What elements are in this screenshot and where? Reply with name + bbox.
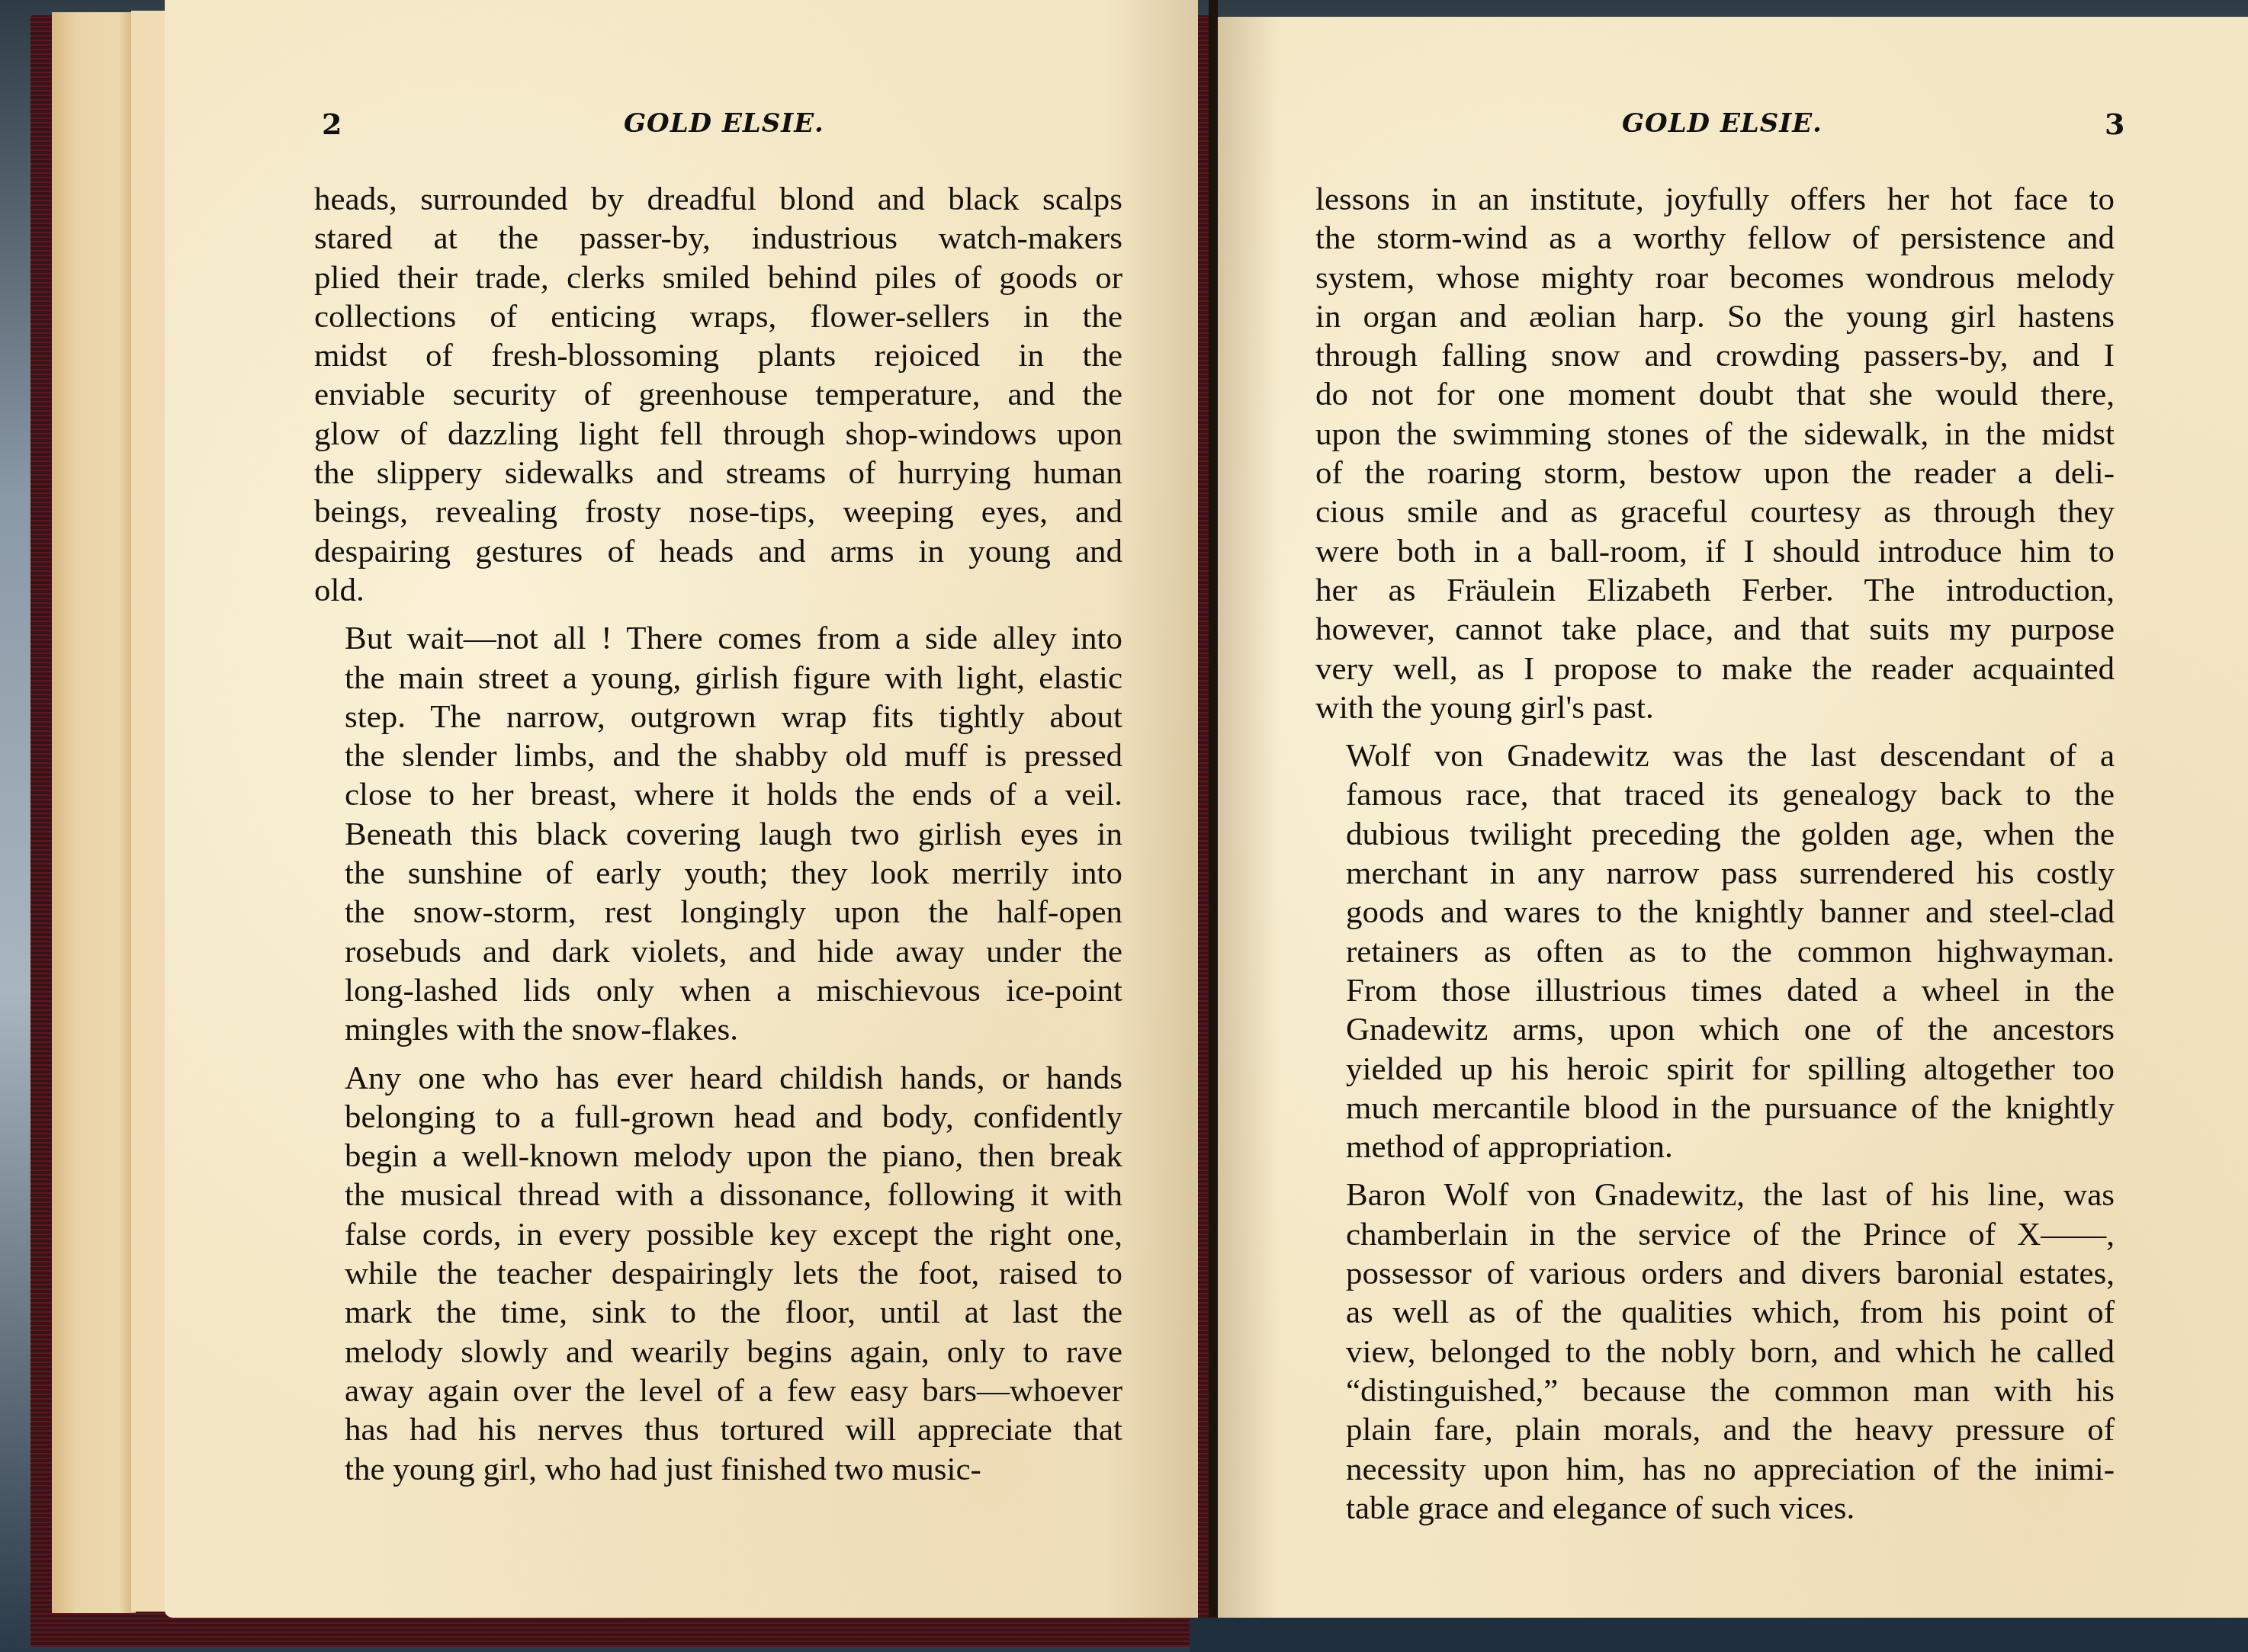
text-line: cious smile and as graceful courtesy as … xyxy=(1315,492,2115,531)
text-line: as well as of the qualities which, from … xyxy=(1315,1293,2115,1332)
text-line: through falling snow and crowding passer… xyxy=(1315,336,2115,375)
text-line: rosebuds and dark violets, and hide away… xyxy=(314,932,1122,971)
text-line: chamberlain in the service of the Prince… xyxy=(1315,1215,2115,1254)
right-page: GOLD ELSIE. 3 lessons in an institute, j… xyxy=(1218,17,2248,1618)
text-line: lessons in an institute, joyfully offers… xyxy=(1315,180,2115,219)
text-line: close to her breast, where it holds the … xyxy=(314,775,1122,814)
text-line: From those illustrious times dated a whe… xyxy=(1315,971,2115,1010)
text-line: with the young girl's past. xyxy=(1315,688,2115,727)
text-line: Baron Wolf von Gnadewitz, the last of hi… xyxy=(1315,1176,2115,1214)
text-line: system, whose mighty roar becomes wondro… xyxy=(1315,258,2115,297)
text-line: upon the swimming stones of the sidewalk… xyxy=(1315,415,2115,454)
paragraph: Wolf von Gnadewitz was the last descenda… xyxy=(1315,736,2115,1166)
text-line: beings, revealing frosty nose-tips, weep… xyxy=(314,492,1122,531)
text-line: her as Fräulein Elizabeth Ferber. The in… xyxy=(1315,571,2115,610)
text-line: very well, as I propose to make the read… xyxy=(1315,650,2115,688)
page-number: 2 xyxy=(322,107,342,141)
text-line: retainers as often as to the common high… xyxy=(1315,932,2115,971)
text-line: the storm-wind as a worthy fellow of per… xyxy=(1315,219,2115,258)
text-line: famous race, that traced its genealogy b… xyxy=(1315,775,2115,814)
text-line: Any one who has ever heard childish hand… xyxy=(314,1059,1122,1098)
text-line: false cords, in every possible key excep… xyxy=(314,1215,1122,1254)
text-line: in organ and æolian harp. So the young g… xyxy=(1315,297,2115,336)
running-title: GOLD ELSIE. xyxy=(1622,108,1822,139)
text-line: the slender limbs, and the shabby old mu… xyxy=(314,736,1122,775)
page-edge xyxy=(142,11,153,1612)
paragraph: But wait—not all ! There comes from a si… xyxy=(314,619,1122,1049)
text-line: the musical thread with a dissonance, fo… xyxy=(314,1176,1122,1214)
paragraph: heads, surrounded by dreadful blond and … xyxy=(314,180,1122,610)
text-line: heads, surrounded by dreadful blond and … xyxy=(314,180,1122,219)
text-line: has had his nerves thus tortured will ap… xyxy=(314,1410,1122,1449)
text-line: method of appropriation. xyxy=(1315,1128,2115,1166)
page-edge xyxy=(131,11,143,1612)
text-line: stared at the passer-by, industrious wat… xyxy=(314,219,1122,258)
text-line: much mercantile blood in the pursuance o… xyxy=(1315,1089,2115,1128)
text-line: the main street a young, girlish figure … xyxy=(314,659,1122,698)
paragraph: Any one who has ever heard childish hand… xyxy=(314,1059,1122,1489)
right-page-body: lessons in an institute, joyfully offers… xyxy=(1315,180,2115,1528)
gutter xyxy=(1209,0,1218,1618)
text-line: yielded up his heroic spirit for spillin… xyxy=(1315,1050,2115,1089)
text-line: enviable security of greenhouse temperat… xyxy=(314,375,1122,414)
paragraph: lessons in an institute, joyfully offers… xyxy=(1315,180,2115,727)
page-number: 3 xyxy=(2105,107,2124,141)
text-line: table grace and elegance of such vices. xyxy=(1315,1489,2115,1528)
text-line: away again over the level of a few easy … xyxy=(314,1371,1122,1410)
text-line: “distinguished,” because the common man … xyxy=(1315,1371,2115,1410)
text-line: midst of fresh-blossoming plants rejoice… xyxy=(314,336,1122,375)
text-line: however, cannot take place, and that sui… xyxy=(1315,610,2115,649)
text-line: the slippery sidewalks and streams of hu… xyxy=(314,454,1122,492)
text-line: old. xyxy=(314,571,1122,610)
text-line: glow of dazzling light fell through shop… xyxy=(314,415,1122,454)
text-line: necessity upon him, has no appreciation … xyxy=(1315,1450,2115,1489)
text-line: long-lashed lids only when a mischievous… xyxy=(314,971,1122,1010)
page-edge xyxy=(153,11,165,1612)
text-line: mingles with the snow-flakes. xyxy=(314,1010,1122,1049)
left-page-body: heads, surrounded by dreadful blond and … xyxy=(314,180,1122,1489)
text-line: view, belonged to the nobly born, and wh… xyxy=(1315,1333,2115,1371)
text-line: mark the time, sink to the floor, until … xyxy=(314,1293,1122,1332)
text-line: the snow-storm, rest longingly upon the … xyxy=(314,893,1122,932)
text-line: merchant in any narrow pass surrendered … xyxy=(1315,854,2115,893)
text-line: collections of enticing wraps, flower-se… xyxy=(314,297,1122,336)
text-line: of the roaring storm, bestow upon the re… xyxy=(1315,454,2115,492)
text-line: Beneath this black covering laugh two gi… xyxy=(314,815,1122,854)
text-line: belonging to a full-grown head and body,… xyxy=(314,1098,1122,1137)
text-line: the sunshine of early youth; they look m… xyxy=(314,854,1122,893)
text-line: melody slowly and wearily begins again, … xyxy=(314,1333,1122,1371)
text-line: the young girl, who had just finished tw… xyxy=(314,1450,1122,1489)
text-line: dubious twilight preceding the golden ag… xyxy=(1315,815,2115,854)
text-line: plain fare, plain morals, and the heavy … xyxy=(1315,1410,2115,1449)
left-page: 2 GOLD ELSIE. heads, surrounded by dread… xyxy=(165,0,1198,1618)
text-line: begin a well-known melody upon the piano… xyxy=(314,1137,1122,1176)
text-line: Wolf von Gnadewitz was the last descenda… xyxy=(1315,736,2115,775)
text-line: possessor of various orders and divers b… xyxy=(1315,1254,2115,1293)
text-line: do not for one moment doubt that she wou… xyxy=(1315,375,2115,414)
text-line: goods and wares to the knightly banner a… xyxy=(1315,893,2115,932)
text-line: step. The narrow, outgrown wrap fits tig… xyxy=(314,698,1122,736)
running-title: GOLD ELSIE. xyxy=(624,108,824,139)
paragraph: Baron Wolf von Gnadewitz, the last of hi… xyxy=(1315,1176,2115,1528)
text-line: plied their trade, clerks smiled behind … xyxy=(314,258,1122,297)
endpaper xyxy=(52,12,136,1613)
text-line: while the teacher despairingly lets the … xyxy=(314,1254,1122,1293)
text-line: But wait—not all ! There comes from a si… xyxy=(314,619,1122,658)
text-line: despairing gestures of heads and arms in… xyxy=(314,532,1122,571)
background-surface xyxy=(1190,1618,2248,1652)
text-line: were both in a ball-room, if I should in… xyxy=(1315,532,2115,571)
text-line: Gnadewitz arms, upon which one of the an… xyxy=(1315,1010,2115,1049)
